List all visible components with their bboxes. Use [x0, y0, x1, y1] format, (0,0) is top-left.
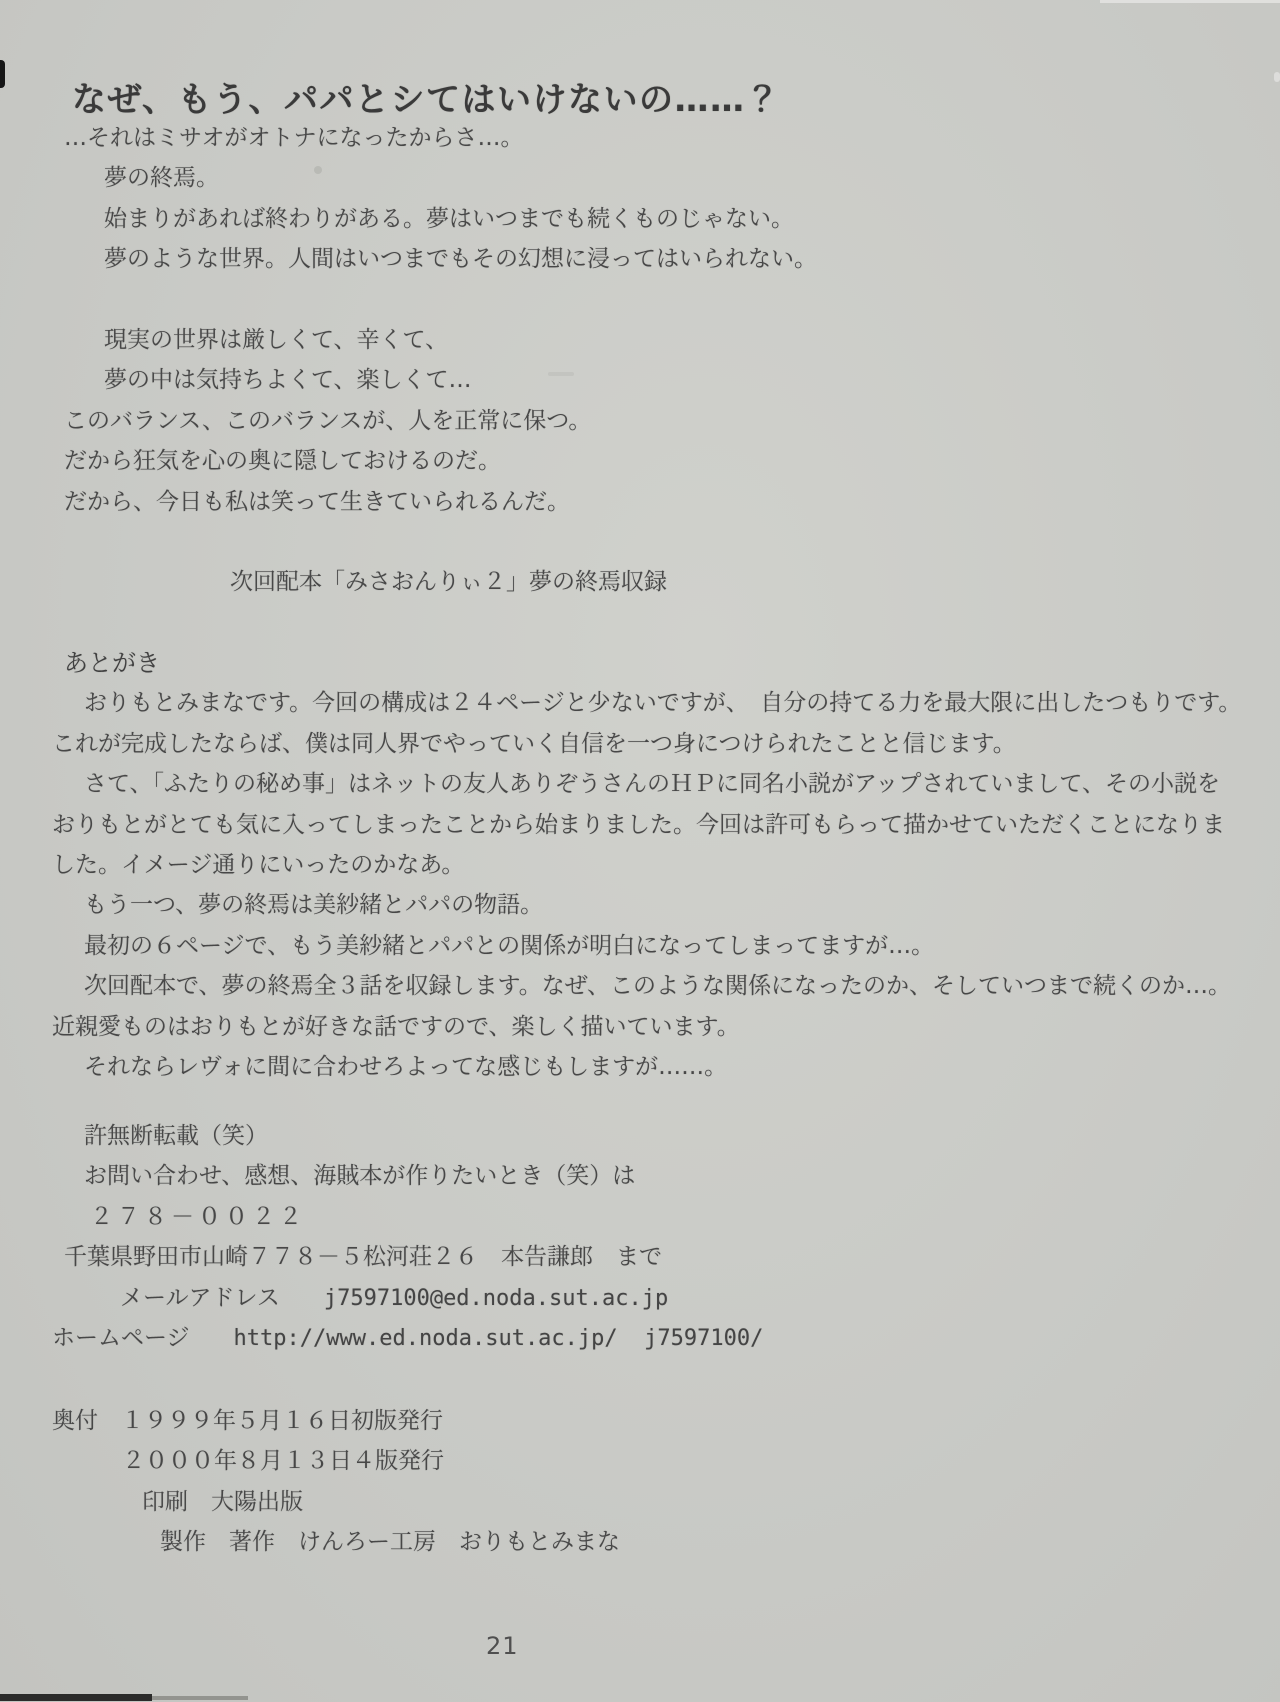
afterword-line: これが完成したならば、僕は同人界でやっていく自信を一つ身につけられたことと信じま…	[0, 724, 1280, 764]
afterword-line: それならレヴォに間に合わせろよってな感じもしますが……。	[0, 1047, 1280, 1087]
spacer-line	[0, 522, 1280, 562]
page-number: 21	[486, 1632, 519, 1660]
afterword-line: おりもとみまなです。今回の構成は２４ページと少ないですが、 自分の持てる力を最大…	[0, 683, 1280, 723]
homepage-url: http://www.ed.noda.sut.ac.jp/ j7597100/	[234, 1326, 764, 1351]
intro-line: このバランス、このバランスが、人を正常に保つ。	[0, 401, 1280, 441]
scan-artifact-top-right-line	[1100, 0, 1280, 3]
colophon-first-edition: 奥付 １９９９年５月１６日初版発行	[0, 1401, 1280, 1441]
scan-artifact-bottom-bar-light	[152, 1696, 248, 1700]
intro-line: 夢のような世界。人間はいつまでもその幻想に浸ってはいられない。	[0, 239, 1280, 279]
page-title: なぜ、もう、パパとシてはいけないの……？	[72, 72, 781, 121]
afterword-line: した。イメージ通りにいったのかなあ。	[0, 845, 1280, 885]
email-address: j7597100@ed.noda.sut.ac.jp	[324, 1286, 668, 1311]
intro-line: …それはミサオがオトナになったからさ…。	[0, 118, 1280, 158]
colophon-fourth-edition: ２０００年８月１３日４版発行	[0, 1441, 1280, 1481]
email-label: メールアドレス	[120, 1285, 280, 1311]
afterword-line: おりもとがとても気に入ってしまったことから始まりました。今回は許可もらって描かせ…	[0, 805, 1280, 845]
afterword-line: 次回配本で、夢の終焉全３話を収録します。なぜ、このような関係になったのか、そして…	[0, 966, 1280, 1006]
homepage-line: ホームページhttp://www.ed.noda.sut.ac.jp/ j759…	[0, 1318, 1280, 1358]
scan-artifact-right-speck	[1274, 72, 1280, 82]
homepage-label: ホームページ	[52, 1325, 190, 1351]
intro-line: 現実の世界は厳しくて、辛くて、	[0, 320, 1280, 360]
inquiry-line: お問い合わせ、感想、海賊本が作りたいとき（笑）は	[0, 1156, 1280, 1196]
spacer-line	[0, 280, 1280, 320]
afterword-heading: あとがき	[0, 643, 1280, 683]
afterword-line: さて、「ふたりの秘め事」はネットの友人ありぞうさんのＨＰに同名小説がアップされて…	[0, 764, 1280, 804]
scan-artifact-left-edge-blob	[0, 60, 5, 88]
intro-line: 夢の終焉。	[0, 158, 1280, 198]
colophon-block: 奥付 １９９９年５月１６日初版発行 ２０００年８月１３日４版発行 印刷 大陽出版…	[0, 1401, 1280, 1563]
address-line: 千葉県野田市山崎７７８－５松河荘２６ 本告謙郎 まで	[0, 1237, 1280, 1277]
afterword-line: 最初の６ページで、もう美紗緒とパパとの関係が明白になってしまってますが…。	[0, 926, 1280, 966]
main-text-block: …それはミサオがオトナになったからさ…。 夢の終焉。 始まりがあれば終わりがある…	[0, 118, 1280, 1087]
intro-line: だから狂気を心の奥に隠しておけるのだ。	[0, 441, 1280, 481]
contact-block: 許無断転載（笑） お問い合わせ、感想、海賊本が作りたいとき（笑）は ２７８－００…	[0, 1116, 1280, 1358]
colophon-printer: 印刷 大陽出版	[0, 1482, 1280, 1522]
next-issue-note: 次回配本「みさおんりぃ２」夢の終焉収録	[0, 562, 1280, 602]
no-reprint-note: 許無断転載（笑）	[0, 1116, 1280, 1156]
intro-line: 始まりがあれば終わりがある。夢はいつまでも続くものじゃない。	[0, 199, 1280, 239]
intro-line: 夢の中は気持ちよくて、楽しくて…	[0, 360, 1280, 400]
intro-line: だから、今日も私は笑って生きていられるんだ。	[0, 482, 1280, 522]
afterword-line: もう一つ、夢の終焉は美紗緒とパパの物語。	[0, 885, 1280, 925]
scanned-page: なぜ、もう、パパとシてはいけないの……？ …それはミサオがオトナになったからさ……	[0, 0, 1280, 1702]
afterword-line: 近親愛ものはおりもとが好きな話ですので、楽しく描いています。	[0, 1007, 1280, 1047]
postal-code: ２７８－００２２	[0, 1197, 1280, 1237]
email-line: メールアドレスj7597100@ed.noda.sut.ac.jp	[0, 1278, 1280, 1318]
spacer-line	[0, 603, 1280, 643]
colophon-production: 製作 著作 けんろー工房 おりもとみまな	[0, 1522, 1280, 1562]
scan-artifact-bottom-bar	[0, 1694, 152, 1701]
